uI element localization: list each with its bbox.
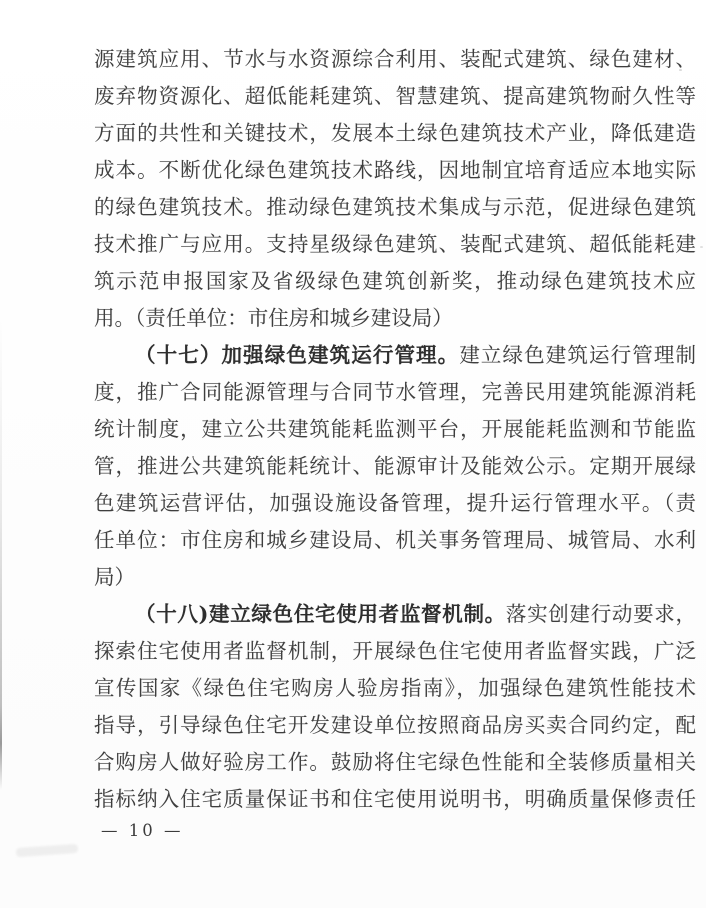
- body-line: 的绿色建筑技术。推动绿色建筑技术集成与示范，促进绿色建筑: [94, 189, 696, 226]
- paragraph-section-17: （十七）加强绿色建筑运行管理。建立绿色建筑运行管理制 度，推广合同能源管理与合同…: [94, 337, 696, 596]
- section-heading: （十八)建立绿色住宅使用者监督机制。: [135, 602, 506, 626]
- body-line: （十八)建立绿色住宅使用者监督机制。落实创建行动要求，: [94, 596, 696, 633]
- body-line: 探索住宅使用者监督机制，开展绿色住宅使用者监督实践，广泛: [94, 633, 696, 670]
- body-line: 方面的共性和关键技术，发展本土绿色建筑技术产业，降低建造: [94, 115, 696, 152]
- scan-edge-artifact: [0, 320, 2, 790]
- body-line: 任单位：市住房和城乡建设局、机关事务管理局、城管局、水利: [94, 522, 696, 559]
- body-line: 度，推广合同能源管理与合同节水管理，完善民用建筑能源消耗: [94, 374, 696, 411]
- scan-speck: [679, 69, 682, 71]
- scan-speck: [687, 135, 691, 138]
- body-line: 成本。不断优化绿色建筑技术路线，因地制宜培育适应本地实际: [94, 152, 696, 189]
- body-line: 宣传国家《绿色住宅购房人验房指南》，加强绿色建筑性能技术: [94, 670, 696, 707]
- section-heading: （十七）加强绿色建筑运行管理。: [135, 343, 459, 367]
- body-line: 合购房人做好验房工作。鼓励将住宅绿色性能和全装修质量相关: [94, 744, 696, 781]
- scan-speck: [646, 417, 649, 420]
- scan-speck: [700, 246, 703, 248]
- body-line: 技术推广与应用。支持星级绿色建筑、装配式建筑、超低能耗建: [94, 226, 696, 263]
- body-line: 色建筑运营评估，加强设施设备管理，提升运行管理水平。（责: [94, 485, 696, 522]
- body-line: 用。（责任单位：市住房和城乡建设局）: [94, 300, 696, 337]
- body-line: 管，推进公共建筑能耗统计、能源审计及能效公示。定期开展绿: [94, 448, 696, 485]
- body-line: 指标纳入住宅质量保证书和住宅使用说明书，明确质量保修责任: [94, 781, 696, 818]
- paragraph-section-18: （十八)建立绿色住宅使用者监督机制。落实创建行动要求， 探索住宅使用者监督机制，…: [94, 596, 696, 818]
- body-line: 筑示范申报国家及省级绿色建筑创新奖，推动绿色建筑技术应: [94, 263, 696, 300]
- body-line: 统计制度，建立公共建筑能耗监测平台，开展能耗监测和节能监: [94, 411, 696, 448]
- body-line: 废弃物资源化、超低能耗建筑、智慧建筑、提高建筑物耐久性等: [94, 78, 696, 115]
- section-heading-rest: 建立绿色建筑运行管理制: [459, 343, 696, 367]
- scan-smudge: [16, 844, 78, 857]
- section-heading-rest: 落实创建行动要求，: [506, 602, 696, 626]
- body-line: 源建筑应用、节水与水资源综合利用、装配式建筑、绿色建材、: [94, 41, 696, 78]
- body-line: 局）: [94, 559, 696, 596]
- body-line: （十七）加强绿色建筑运行管理。建立绿色建筑运行管理制: [94, 337, 696, 374]
- page-number: — 10 —: [101, 821, 184, 840]
- body-line: 指导，引导绿色住宅开发建设单位按照商品房买卖合同约定，配: [94, 707, 696, 744]
- document-page: 源建筑应用、节水与水资源综合利用、装配式建筑、绿色建材、 废弃物资源化、超低能耗…: [0, 0, 706, 908]
- document-body: 源建筑应用、节水与水资源综合利用、装配式建筑、绿色建材、 废弃物资源化、超低能耗…: [94, 41, 696, 818]
- paragraph-continuation: 源建筑应用、节水与水资源综合利用、装配式建筑、绿色建材、 废弃物资源化、超低能耗…: [94, 41, 696, 337]
